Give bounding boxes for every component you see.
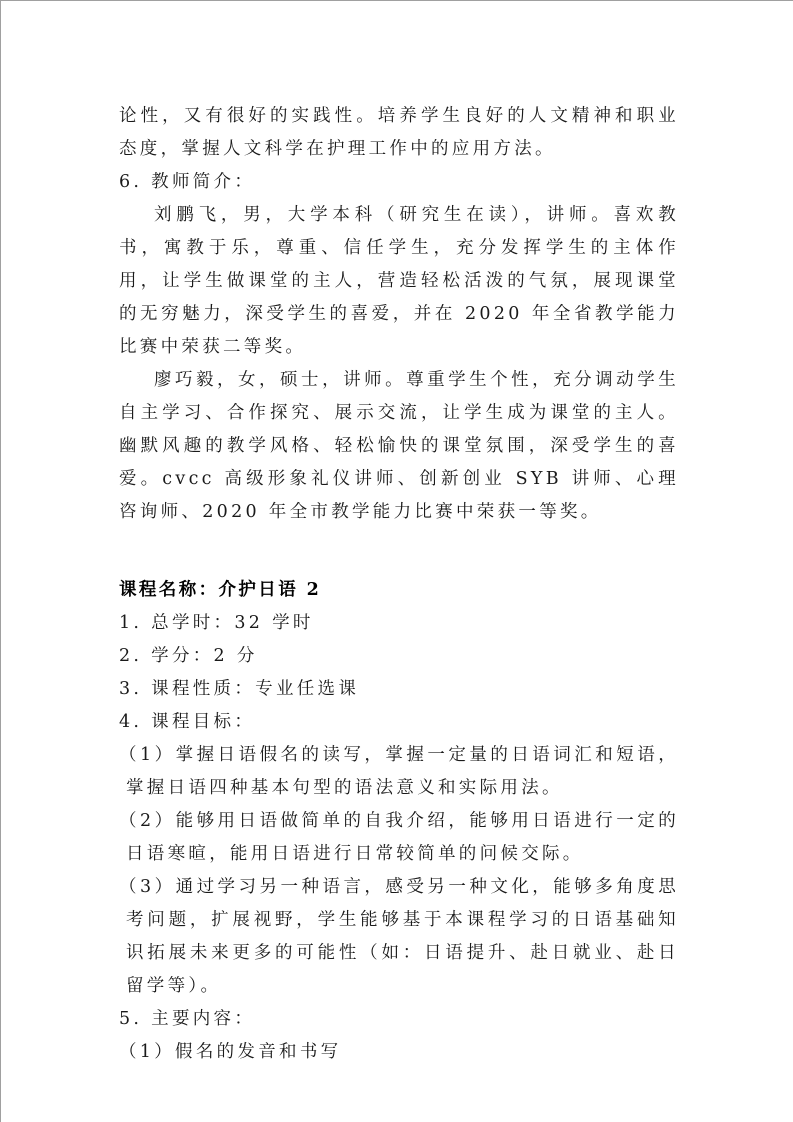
paragraph-continuation: 论性，又有很好的实践性。培养学生良好的人文精神和职业态度，掌握人文科学在护理工作…: [119, 100, 679, 166]
course-nature: 3. 课程性质：专业任选课: [119, 673, 679, 706]
course-title: 课程名称：介护日语 2: [119, 574, 679, 607]
blank-spacer: [119, 529, 679, 574]
course-credits: 2. 学分：2 分: [119, 640, 679, 673]
document-page: 论性，又有很好的实践性。培养学生良好的人文精神和职业态度，掌握人文科学在护理工作…: [119, 100, 679, 1069]
course-objectives-label: 4. 课程目标：: [119, 706, 679, 739]
teacher-intro-label: 6. 教师简介：: [119, 166, 679, 199]
course-objective-3: （3）通过学习另一种语言，感受另一种文化，能够多角度思考问题，扩展视野，学生能够…: [119, 871, 679, 1003]
teacher-bio-liao: 廖巧毅，女，硕士，讲师。尊重学生个性，充分调动学生自主学习、合作探究、展示交流，…: [119, 364, 679, 529]
course-content-item-1: （1）假名的发音和书写: [119, 1036, 679, 1069]
course-objective-2: （2）能够用日语做简单的自我介绍，能够用日语进行一定的日语寒暄，能用日语进行日常…: [119, 805, 679, 871]
teacher-bio-liu: 刘鹏飞，男，大学本科（研究生在读），讲师。喜欢教书，寓教于乐，尊重、信任学生，充…: [119, 199, 679, 364]
course-objective-1: （1）掌握日语假名的读写，掌握一定量的日语词汇和短语，掌握日语四种基本句型的语法…: [119, 739, 679, 805]
course-total-hours: 1. 总学时：32 学时: [119, 607, 679, 640]
course-content-label: 5. 主要内容：: [119, 1003, 679, 1036]
